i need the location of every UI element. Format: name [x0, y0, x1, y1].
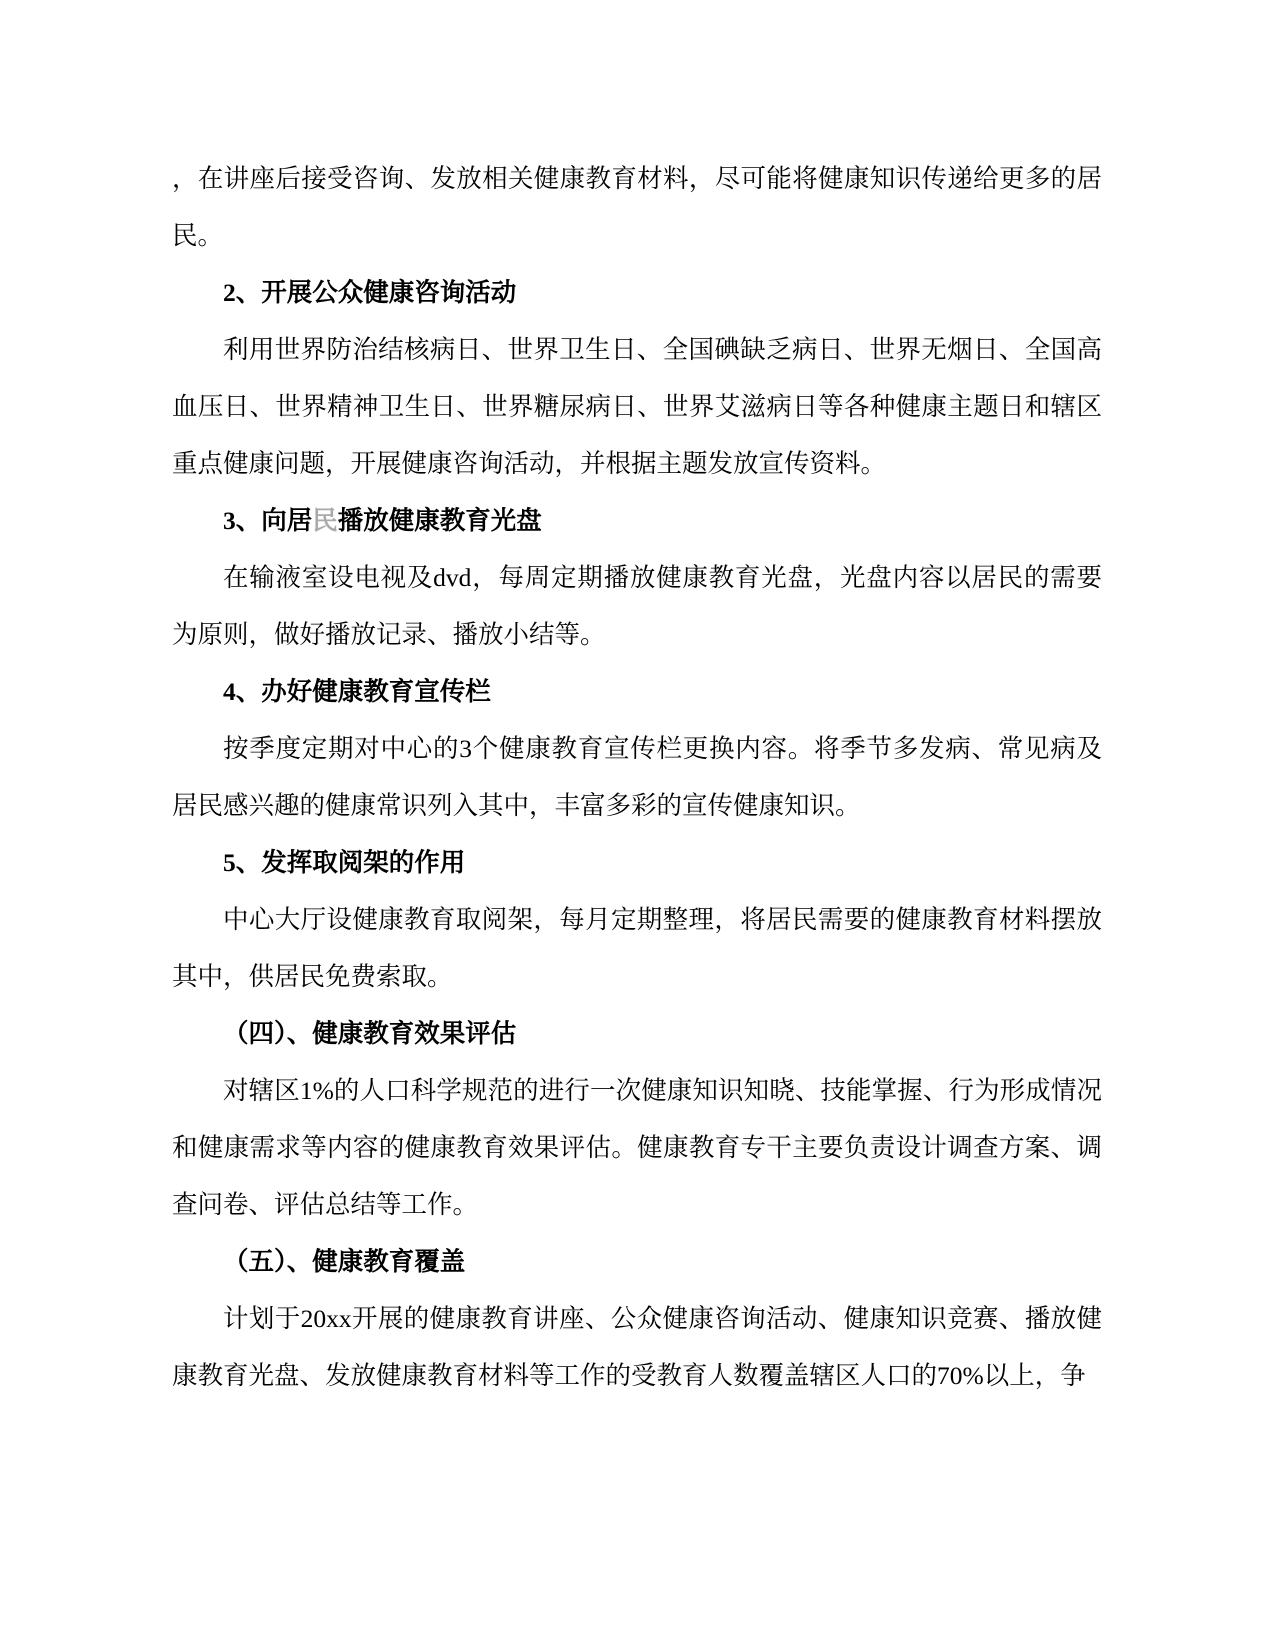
body-paragraph: 在输液室设电视及dvd，每周定期播放健康教育光盘，光盘内容以居民的需要为原则，做… — [172, 549, 1102, 663]
body-paragraph: 利用世界防治结核病日、世界卫生日、全国碘缺乏病日、世界无烟日、全国高血压日、世界… — [172, 321, 1102, 492]
body-paragraph: 对辖区1%的人口科学规范的进行一次健康知识知晓、技能掌握、行为形成情况和健康需求… — [172, 1062, 1102, 1233]
section-heading: （四）、健康教育效果评估 — [172, 1005, 1102, 1062]
heading-muted-glyph: 民 — [312, 506, 338, 535]
document-page: ，在讲座后接受咨询、发放相关健康教育材料，尽可能将健康知识传递给更多的居民。2、… — [0, 0, 1275, 1650]
body-paragraph: 计划于20xx开展的健康教育讲座、公众健康咨询活动、健康知识竞赛、播放健康教育光… — [172, 1290, 1102, 1404]
section-heading: （五）、健康教育覆盖 — [172, 1233, 1102, 1290]
body-paragraph: ，在讲座后接受咨询、发放相关健康教育材料，尽可能将健康知识传递给更多的居民。 — [172, 150, 1102, 264]
heading-text-segment: 播放健康教育光盘 — [338, 506, 542, 535]
section-heading: 5、发挥取阅架的作用 — [172, 834, 1102, 891]
heading-text-segment: 3、向居 — [223, 506, 312, 535]
section-heading: 3、向居民播放健康教育光盘 — [172, 492, 1102, 549]
document-body: ，在讲座后接受咨询、发放相关健康教育材料，尽可能将健康知识传递给更多的居民。2、… — [172, 150, 1102, 1404]
section-heading: 4、办好健康教育宣传栏 — [172, 663, 1102, 720]
section-heading: 2、开展公众健康咨询活动 — [172, 264, 1102, 321]
body-paragraph: 中心大厅设健康教育取阅架，每月定期整理，将居民需要的健康教育材料摆放其中，供居民… — [172, 891, 1102, 1005]
body-paragraph: 按季度定期对中心的3个健康教育宣传栏更换内容。将季节多发病、常见病及居民感兴趣的… — [172, 720, 1102, 834]
